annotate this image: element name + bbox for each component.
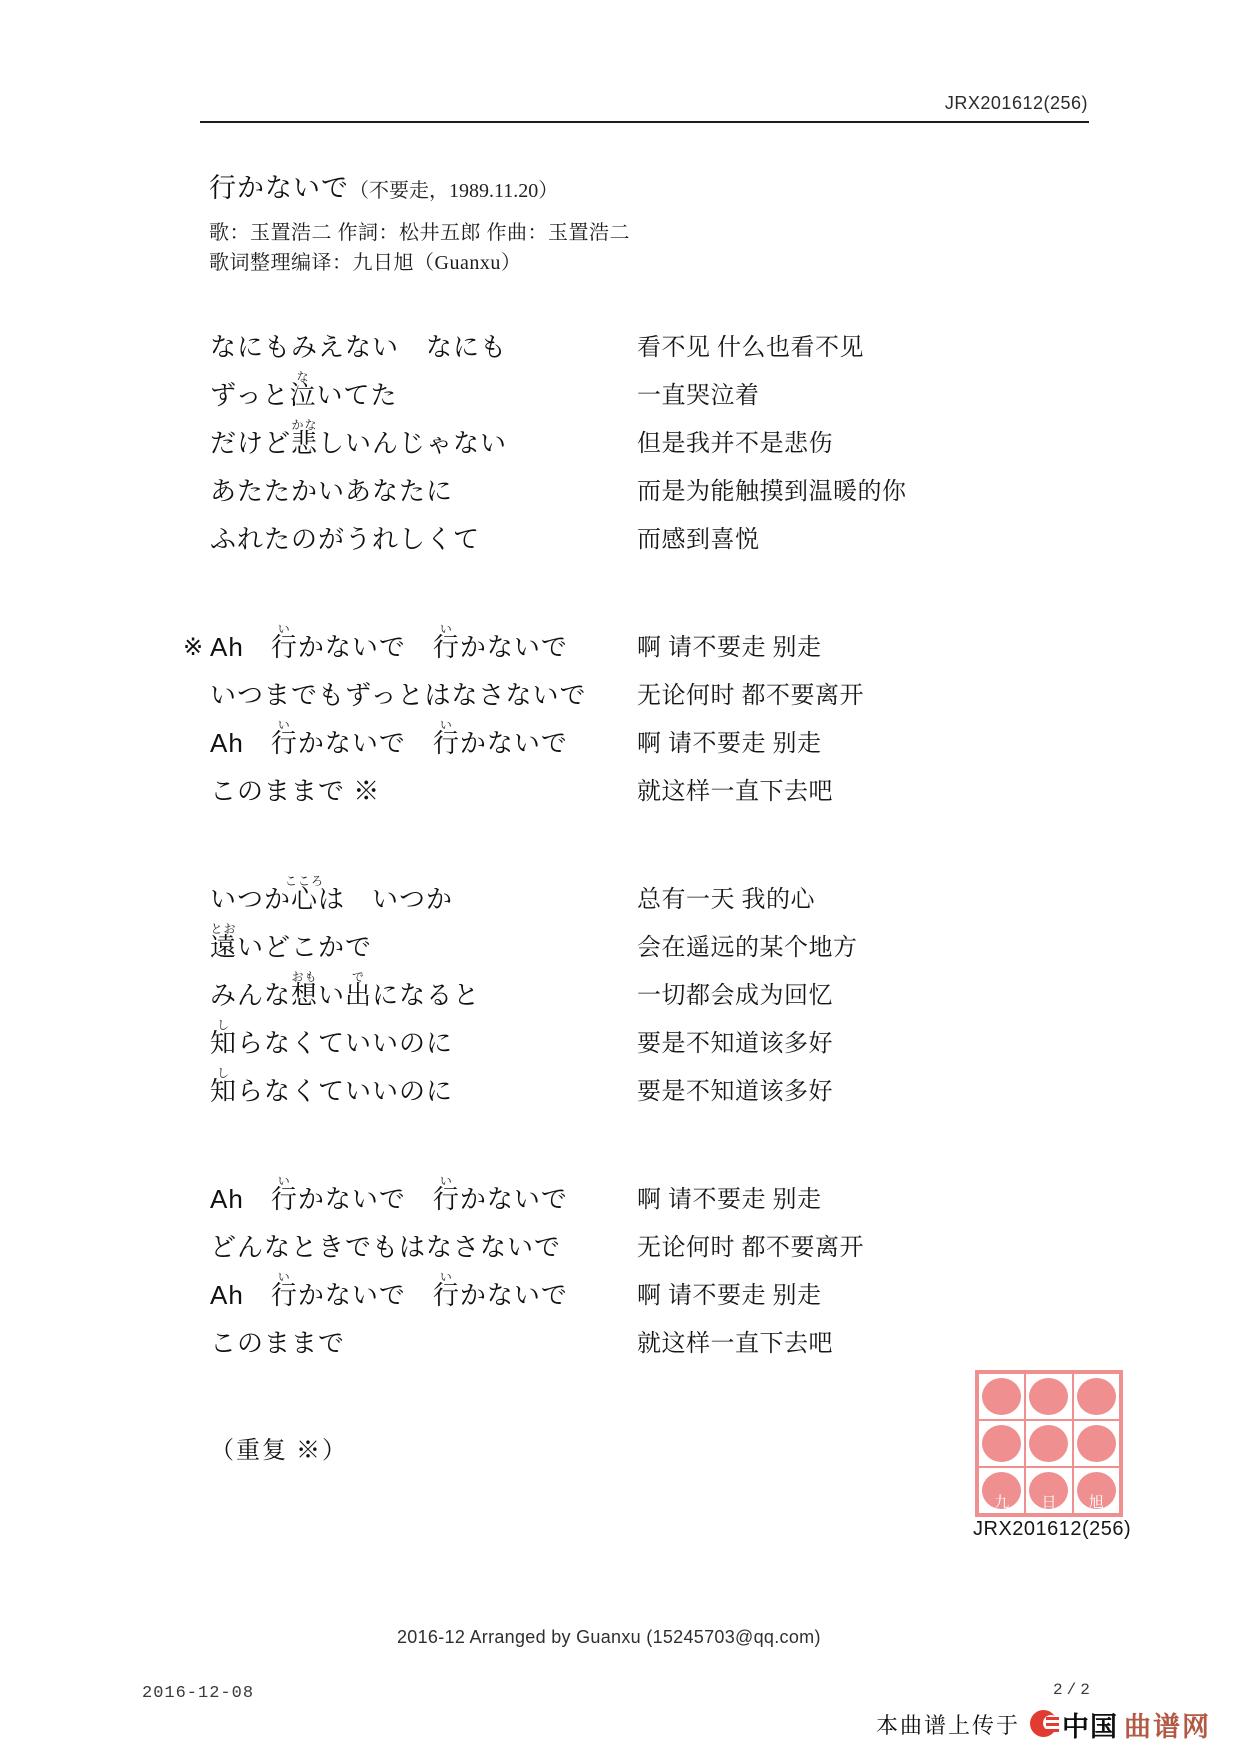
stamp-dot: 日 — [1029, 1472, 1068, 1509]
lyric-japanese-text: 遠とおいどこかで — [210, 932, 372, 962]
furigana: い — [278, 1175, 291, 1187]
lyric-chinese-translation: 无论何时 都不要离开 — [637, 682, 864, 710]
lyrics-block-chorus-2: Ah 行いかないで 行いかないで啊 请不要走 别走どんなときでもはなさないで无论… — [210, 1182, 1190, 1374]
furigana: かな — [292, 419, 318, 431]
lyric-line: どんなときでもはなさないで无论何时 都不要离开 — [210, 1230, 1190, 1278]
lyric-line: みんな想おもい出でになると一切都会成为回忆 — [210, 978, 1190, 1026]
kanji-with-furigana: 知し — [210, 1076, 237, 1106]
stamp-cell — [978, 1420, 1025, 1467]
lyric-japanese-text: ふれたのがうれしくて — [210, 524, 480, 554]
footer-date: 2016-12-08 — [142, 1684, 254, 1703]
brand-name-qupu: 曲谱网 — [1124, 1705, 1211, 1744]
stamp-dot: 旭 — [1077, 1472, 1116, 1509]
furigana: おも — [292, 971, 318, 983]
stamp-cell — [1073, 1420, 1120, 1467]
stamp-dot — [982, 1425, 1021, 1462]
brand-name-china: 中国 — [1062, 1705, 1118, 1744]
lyrics-block-verse-2: いつか心こころは いつか总有一天 我的心遠とおいどこかで会在遥远的某个地方みんな… — [210, 882, 1190, 1122]
kanji-with-furigana: 悲かな — [291, 428, 318, 458]
lyric-chinese-translation: 啊 请不要走 别走 — [637, 1282, 822, 1310]
lyric-japanese-text: このままで — [210, 1328, 345, 1358]
seal-stamp-caption: JRX201612(256) — [973, 1518, 1131, 1541]
uploader-credit: 本曲谱上传于 中国 曲谱网 — [876, 1704, 1211, 1744]
lyric-chinese-translation: 啊 请不要走 别走 — [637, 634, 822, 662]
stamp-dot — [1077, 1425, 1116, 1462]
kanji-with-furigana: 行い — [433, 632, 460, 662]
kanji-with-furigana: 知し — [210, 1028, 237, 1058]
lyric-line: ずっと泣ないてた一直哭泣着 — [210, 378, 1190, 426]
song-title-note: （不要走，1989.11.20） — [349, 180, 558, 202]
stamp-cell — [978, 1373, 1025, 1420]
furigana: し — [217, 1067, 230, 1079]
lyric-japanese-text: あたたかいあなたに — [210, 476, 453, 506]
lyric-japanese-text: （重复 ※） — [210, 1436, 348, 1466]
lyric-chinese-translation: 要是不知道该多好 — [637, 1030, 833, 1058]
lyric-japanese-text: Ah 行いかないで 行いかないで — [210, 1280, 568, 1310]
lyric-chinese-translation: 而是为能触摸到温暖的你 — [637, 478, 907, 506]
lyric-chinese-translation: 要是不知道该多好 — [637, 1078, 833, 1106]
stamp-cell — [1025, 1373, 1072, 1420]
furigana: い — [440, 1175, 453, 1187]
repeat-marker: ※ — [183, 633, 203, 662]
lyric-japanese-text: だけど悲かなしいんじゃない — [210, 428, 507, 458]
kanji-with-furigana: 泣な — [289, 380, 316, 410]
lyric-japanese-text: Ah 行いかないで 行いかないで — [210, 632, 568, 662]
stamp-character: 旭 — [1089, 1491, 1104, 1512]
lyric-chinese-translation: 一直哭泣着 — [637, 382, 760, 410]
page-number: 2/2 — [1053, 1681, 1094, 1699]
credits: 歌：玉置浩二 作詞：松井五郎 作曲：玉置浩二 歌词整理编译：九日旭（Guanxu… — [209, 218, 630, 278]
furigana: な — [296, 371, 309, 383]
kanji-with-furigana: 遠とお — [210, 932, 237, 962]
lyric-chinese-translation: 看不见 什么也看不见 — [637, 334, 864, 362]
lyric-line: だけど悲かなしいんじゃない但是我并不是悲伤 — [210, 426, 1190, 474]
credit-artists: 歌：玉置浩二 作詞：松井五郎 作曲：玉置浩二 — [209, 218, 630, 248]
lyric-japanese-text: なにもみえない なにも — [210, 332, 507, 362]
lyric-japanese-text: Ah 行いかないで 行いかないで — [210, 1184, 568, 1214]
kanji-with-furigana: 行い — [433, 728, 460, 758]
header-divider — [200, 121, 1089, 123]
lyrics-block-verse-1: なにもみえない なにも看不见 什么也看不见ずっと泣ないてた一直哭泣着だけど悲かな… — [210, 330, 1190, 570]
kanji-with-furigana: 想おも — [291, 980, 318, 1010]
uploader-prefix-text: 本曲谱上传于 — [876, 1709, 1020, 1740]
song-title-japanese: 行かないで — [209, 173, 349, 203]
lyric-line: ※Ah 行いかないで 行いかないで啊 请不要走 别走 — [210, 630, 1190, 678]
lyric-japanese-text: ずっと泣ないてた — [210, 380, 397, 410]
kanji-with-furigana: 行い — [433, 1184, 460, 1214]
stamp-cell — [1073, 1373, 1120, 1420]
furigana: で — [352, 971, 365, 983]
kanji-with-furigana: 行い — [271, 1280, 298, 1310]
stamp-cell — [1025, 1420, 1072, 1467]
lyric-line: ふれたのがうれしくて而感到喜悦 — [210, 522, 1190, 570]
lyric-line: Ah 行いかないで 行いかないで啊 请不要走 别走 — [210, 1182, 1190, 1230]
stamp-dot — [1077, 1378, 1116, 1415]
furigana: い — [278, 623, 291, 635]
lyric-line: あたたかいあなたに而是为能触摸到温暖的你 — [210, 474, 1190, 522]
lyrics-body: なにもみえない なにも看不见 什么也看不见ずっと泣ないてた一直哭泣着だけど悲かな… — [210, 330, 1190, 1482]
lyric-japanese-text: 知しらなくていいのに — [210, 1028, 453, 1058]
lyric-line: このままで就这样一直下去吧 — [210, 1326, 1190, 1374]
lyrics-block-chorus-1: ※Ah 行いかないで 行いかないで啊 请不要走 别走いつまでもずっとはなさないで… — [210, 630, 1190, 822]
lyric-japanese-text: どんなときでもはなさないで — [210, 1232, 561, 1262]
lyric-chinese-translation: 而感到喜悦 — [637, 526, 760, 554]
lyric-chinese-translation: 就这样一直下去吧 — [637, 778, 833, 806]
lyrics-sheet-page: { "page": { "header_code": "JRX201612(25… — [0, 0, 1241, 1755]
lyric-japanese-text: みんな想おもい出でになると — [210, 980, 480, 1010]
stamp-dot: 九 — [982, 1472, 1021, 1509]
lyric-chinese-translation: 但是我并不是悲伤 — [637, 430, 833, 458]
lyric-line: 知しらなくていいのに要是不知道该多好 — [210, 1026, 1190, 1074]
furigana: い — [440, 719, 453, 731]
lyric-chinese-translation: 无论何时 都不要离开 — [637, 1234, 864, 1262]
stamp-cell: 九 — [978, 1467, 1025, 1514]
lyric-japanese-text: このままで ※ — [210, 776, 380, 806]
furigana: い — [440, 1271, 453, 1283]
lyric-chinese-translation: 啊 请不要走 别走 — [637, 730, 822, 758]
stamp-dot — [982, 1378, 1021, 1415]
kanji-with-furigana: 行い — [271, 1184, 298, 1214]
arranged-by-line: 2016-12 Arranged by Guanxu (15245703@qq.… — [397, 1627, 821, 1648]
stamp-dot — [1029, 1378, 1068, 1415]
furigana: い — [278, 719, 291, 731]
furigana: し — [217, 1019, 230, 1031]
lyric-line: このままで ※就这样一直下去吧 — [210, 774, 1190, 822]
kanji-with-furigana: 行い — [271, 728, 298, 758]
lyric-chinese-translation: 总有一天 我的心 — [637, 886, 815, 914]
music-site-logo-icon — [1030, 1710, 1058, 1738]
lyric-japanese-text: 知しらなくていいのに — [210, 1076, 453, 1106]
lyric-line: いつまでもずっとはなさないで 无论何时 都不要离开 — [210, 678, 1190, 726]
lyric-chinese-translation: 就这样一直下去吧 — [637, 1330, 833, 1358]
kanji-with-furigana: 行い — [433, 1280, 460, 1310]
furigana: い — [278, 1271, 291, 1283]
stamp-cell: 日 — [1025, 1467, 1072, 1514]
furigana: とお — [210, 923, 236, 935]
document-code: JRX201612(256) — [945, 93, 1088, 114]
lyric-line: なにもみえない なにも看不见 什么也看不见 — [210, 330, 1190, 378]
stamp-dot — [1029, 1425, 1068, 1462]
song-title: 行かないで（不要走，1989.11.20） — [209, 166, 558, 205]
kanji-with-furigana: 行い — [271, 632, 298, 662]
furigana: い — [440, 623, 453, 635]
lyric-line: Ah 行いかないで 行いかないで啊 请不要走 别走 — [210, 1278, 1190, 1326]
lyric-chinese-translation: 一切都会成为回忆 — [637, 982, 833, 1010]
stamp-character: 日 — [1041, 1491, 1056, 1512]
furigana: こころ — [285, 875, 324, 887]
lyric-line: 知しらなくていいのに要是不知道该多好 — [210, 1074, 1190, 1122]
seal-stamp: 九日旭 — [975, 1370, 1123, 1517]
kanji-with-furigana: 心こころ — [291, 884, 318, 914]
lyric-japanese-text: いつか心こころは いつか — [210, 884, 453, 914]
stamp-cell: 旭 — [1073, 1467, 1120, 1514]
lyric-line: いつか心こころは いつか总有一天 我的心 — [210, 882, 1190, 930]
lyric-chinese-translation: 啊 请不要走 别走 — [637, 1186, 822, 1214]
stamp-character: 九 — [994, 1491, 1009, 1512]
lyric-line: Ah 行いかないで 行いかないで啊 请不要走 别走 — [210, 726, 1190, 774]
kanji-with-furigana: 出で — [345, 980, 372, 1010]
lyric-japanese-text: Ah 行いかないで 行いかないで — [210, 728, 568, 758]
lyric-japanese-text: いつまでもずっとはなさないで — [210, 680, 586, 710]
lyric-chinese-translation: 会在遥远的某个地方 — [637, 934, 858, 962]
credit-editor: 歌词整理编译：九日旭（Guanxu） — [209, 248, 630, 278]
